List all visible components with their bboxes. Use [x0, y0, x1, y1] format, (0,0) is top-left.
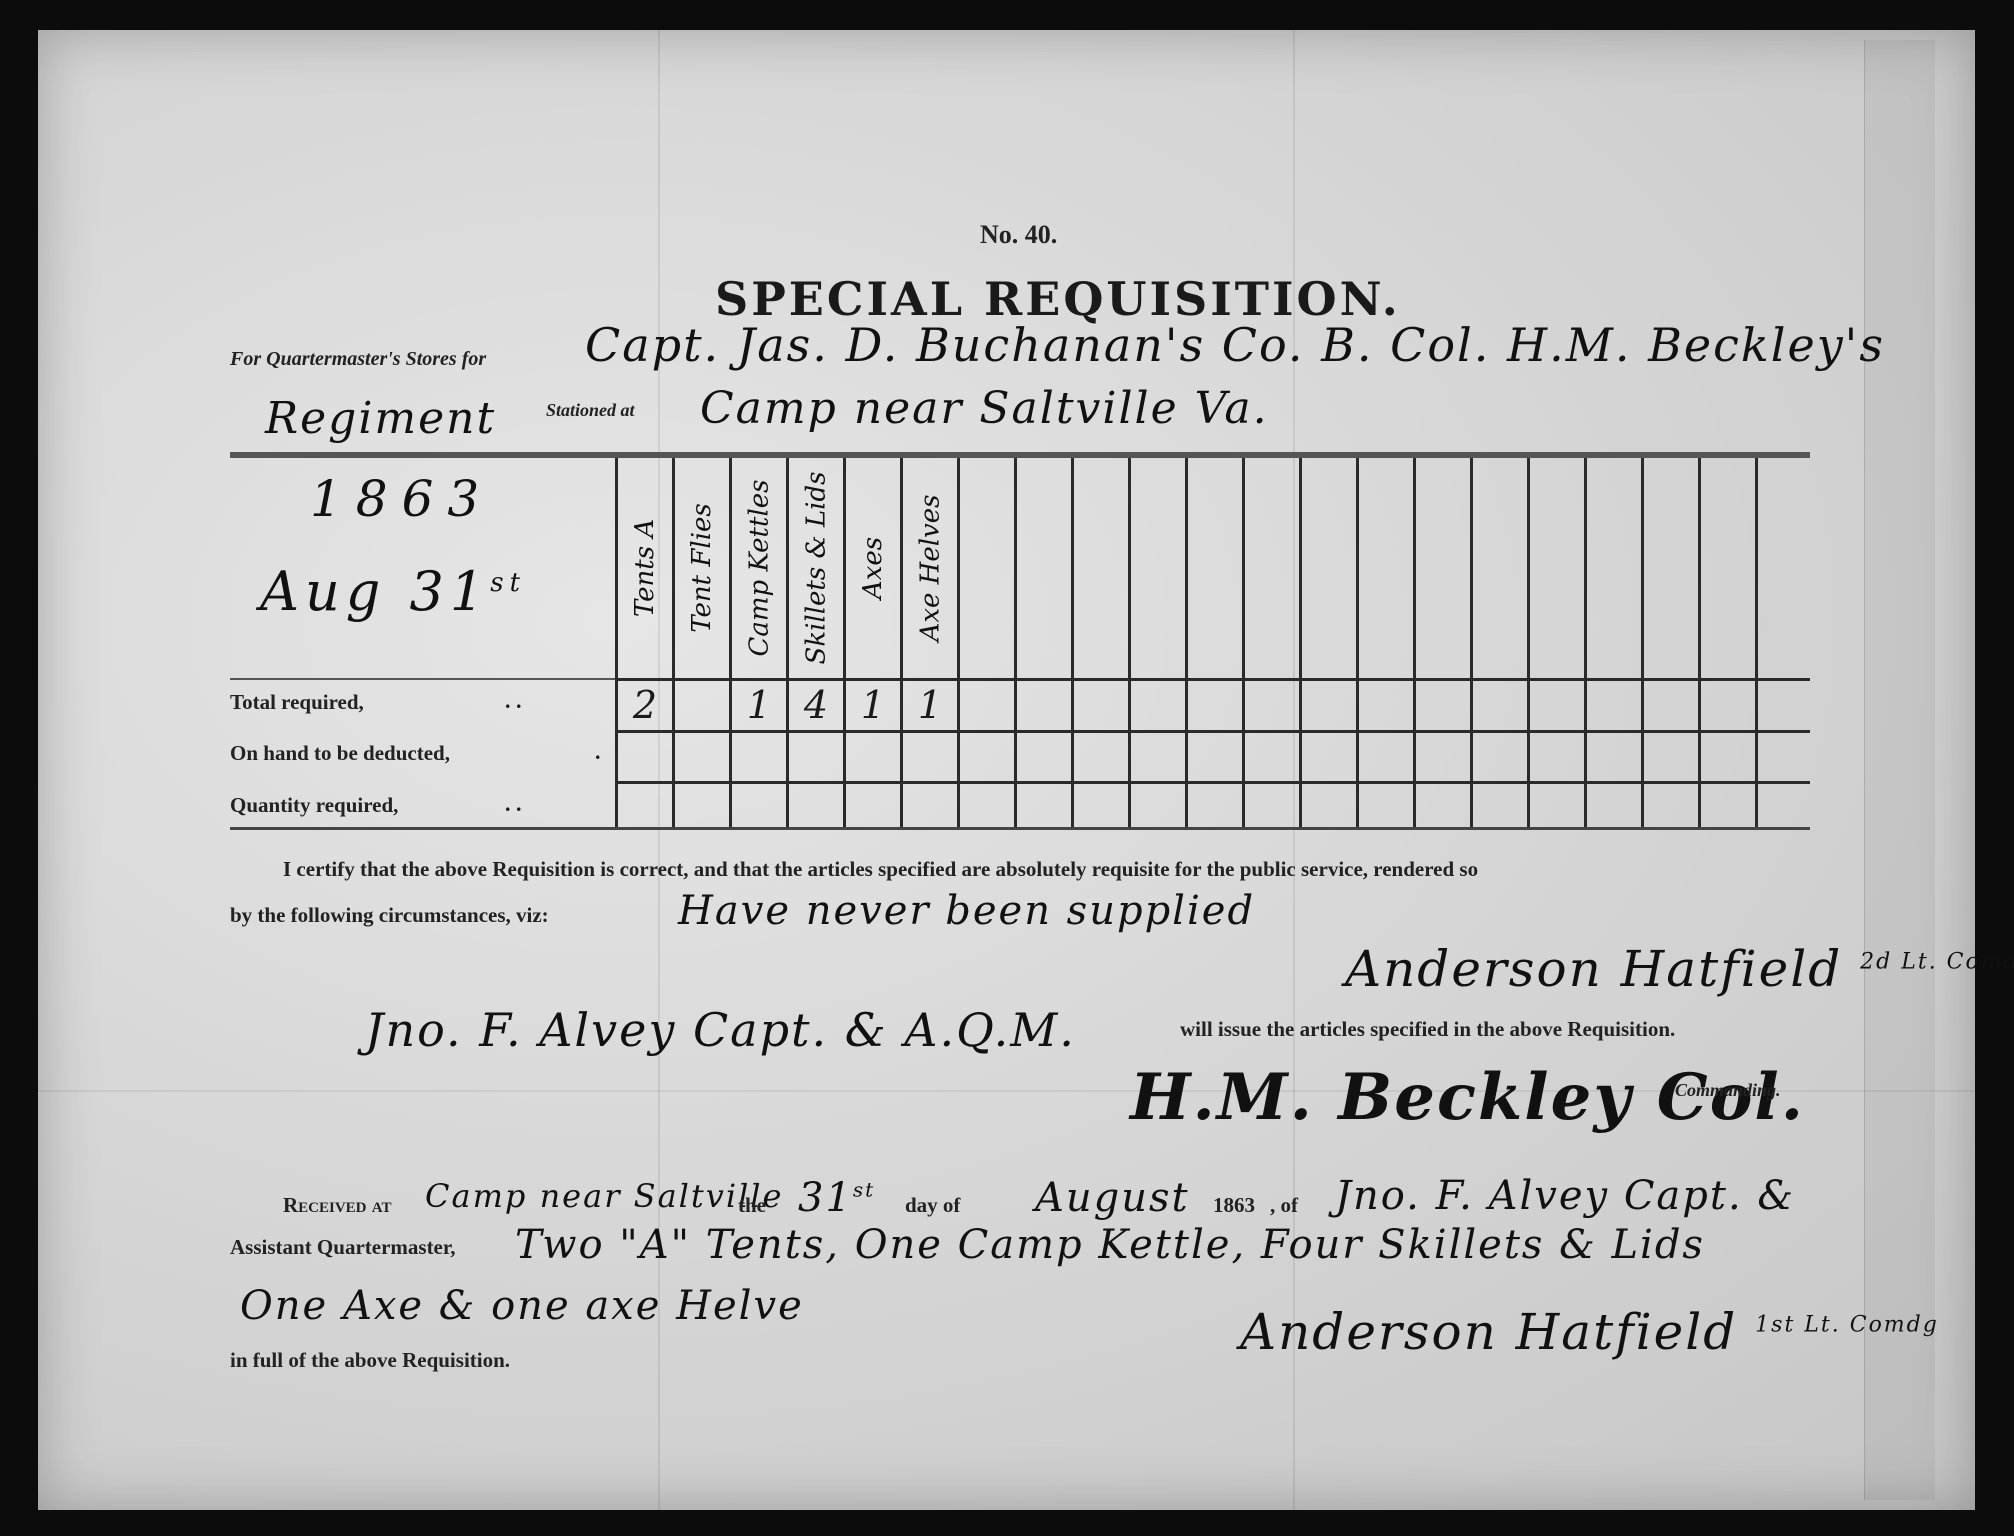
day-number: 31: [798, 1175, 853, 1221]
signature-name: Anderson Hatfield: [1345, 940, 1842, 998]
regiment-value: Regiment: [265, 393, 496, 444]
aqm-label: Assistant Quartermaster,: [230, 1235, 456, 1260]
paper-edge-fold: [1864, 40, 1935, 1500]
received-year: 1863: [1213, 1193, 1255, 1218]
requisition-table: Tents A Tent Flies Camp Kettles Skillets…: [615, 458, 1810, 827]
column-divider: [1014, 458, 1017, 827]
of-label: , of: [1270, 1193, 1298, 1218]
column-divider: [1413, 458, 1416, 827]
receiving-officer-signature: Anderson Hatfield 1st Lt. Comdg: [1240, 1303, 1939, 1361]
commanding-label: Commanding.: [1675, 1080, 1781, 1101]
column-divider: [1356, 458, 1359, 827]
received-day: 31st: [798, 1175, 875, 1221]
issuing-officer: Jno. F. Alvey Capt. & A.Q.M.: [365, 1003, 1076, 1057]
signature-name: Anderson Hatfield: [1240, 1303, 1737, 1361]
the-label: the: [738, 1193, 766, 1218]
stores-label: For Quartermaster's Stores for: [230, 348, 486, 371]
certification-text: I certify that the above Requisition is …: [283, 857, 1478, 882]
column-header-tents-a: Tents A: [617, 458, 673, 678]
will-issue-text: will issue the articles specified in the…: [1180, 1017, 1675, 1042]
stores-for-value: Capt. Jas. D. Buchanan's Co. B. Col. H.M…: [585, 318, 1885, 372]
form-number: No. 40.: [980, 220, 1057, 250]
column-header-text: Skillets & Lids: [801, 472, 831, 665]
table-bottom-rule: [230, 827, 1810, 830]
row-leader: . .: [505, 688, 522, 714]
column-header-skillets-lids: Skillets & Lids: [788, 458, 844, 678]
column-header-tent-flies: Tent Flies: [674, 458, 730, 678]
column-header-camp-kettles: Camp Kettles: [731, 458, 787, 678]
column-divider: [1128, 458, 1131, 827]
cell-total-skillets-lids: 4: [788, 680, 844, 730]
column-divider: [1185, 458, 1188, 827]
row-leader: .: [595, 739, 601, 765]
day-suffix: st: [853, 1178, 875, 1202]
column-divider: [1071, 458, 1074, 827]
received-month: August: [1035, 1175, 1190, 1221]
column-divider: [1527, 458, 1530, 827]
column-header-text: Axes: [858, 537, 888, 599]
row-label-on-hand: On hand to be deducted,: [230, 741, 450, 766]
row-divider: [615, 730, 1810, 733]
column-header-axe-helves: Axe Helves: [902, 458, 958, 678]
column-divider: [1299, 458, 1302, 827]
column-divider: [1584, 458, 1587, 827]
column-divider: [1755, 458, 1758, 827]
received-from: Jno. F. Alvey Capt. &: [1335, 1173, 1795, 1219]
date-day: Aug 31: [260, 560, 490, 623]
signature-title: 1st Lt. Comdg: [1755, 1312, 1939, 1337]
circumstances-label: by the following circumstances, viz:: [230, 903, 549, 928]
column-divider: [1698, 458, 1701, 827]
column-divider: [1641, 458, 1644, 827]
column-header-text: Camp Kettles: [744, 479, 774, 656]
row-divider: [230, 678, 615, 680]
cell-total-axes: 1: [845, 680, 901, 730]
cell-total-axe-helves: 1: [902, 680, 958, 730]
row-divider: [615, 781, 1810, 784]
requesting-officer-signature: Anderson Hatfield 2d Lt. Comdg: [1345, 940, 2014, 998]
column-divider: [1242, 458, 1245, 827]
signature-title: 2d Lt. Comdg: [1860, 949, 2014, 974]
stationed-label: Stationed at: [546, 400, 635, 421]
column-header-text: Axe Helves: [915, 495, 945, 642]
stationed-value: Camp near Saltville Va.: [700, 383, 1269, 434]
column-header-text: Tents A: [630, 519, 660, 617]
date-suffix: st: [490, 568, 526, 598]
received-items-line2: One Axe & one axe Helve: [240, 1283, 804, 1329]
day-of-label: day of: [905, 1193, 960, 1218]
requisition-year: 1863: [310, 470, 493, 528]
received-place: Camp near Saltville: [425, 1177, 783, 1215]
cell-total-tents-a: 2: [617, 680, 673, 730]
column-header-axes: Axes: [845, 458, 901, 678]
row-label-quantity-required: Quantity required,: [230, 793, 398, 818]
cell-total-tent-flies: [674, 680, 730, 730]
received-label: Received at: [283, 1193, 392, 1218]
row-label-total-required: Total required,: [230, 690, 364, 715]
requisition-date: Aug 31st: [260, 560, 526, 623]
cell-total-camp-kettles: 1: [731, 680, 787, 730]
row-leader: . .: [505, 791, 522, 817]
received-items-line1: Two "A" Tents, One Camp Kettle, Four Ski…: [515, 1222, 1705, 1268]
column-header-text: Tent Flies: [687, 503, 717, 633]
circumstances-value: Have never been supplied: [678, 888, 1255, 934]
column-divider: [1470, 458, 1473, 827]
in-full-label: in full of the above Requisition.: [230, 1348, 510, 1373]
